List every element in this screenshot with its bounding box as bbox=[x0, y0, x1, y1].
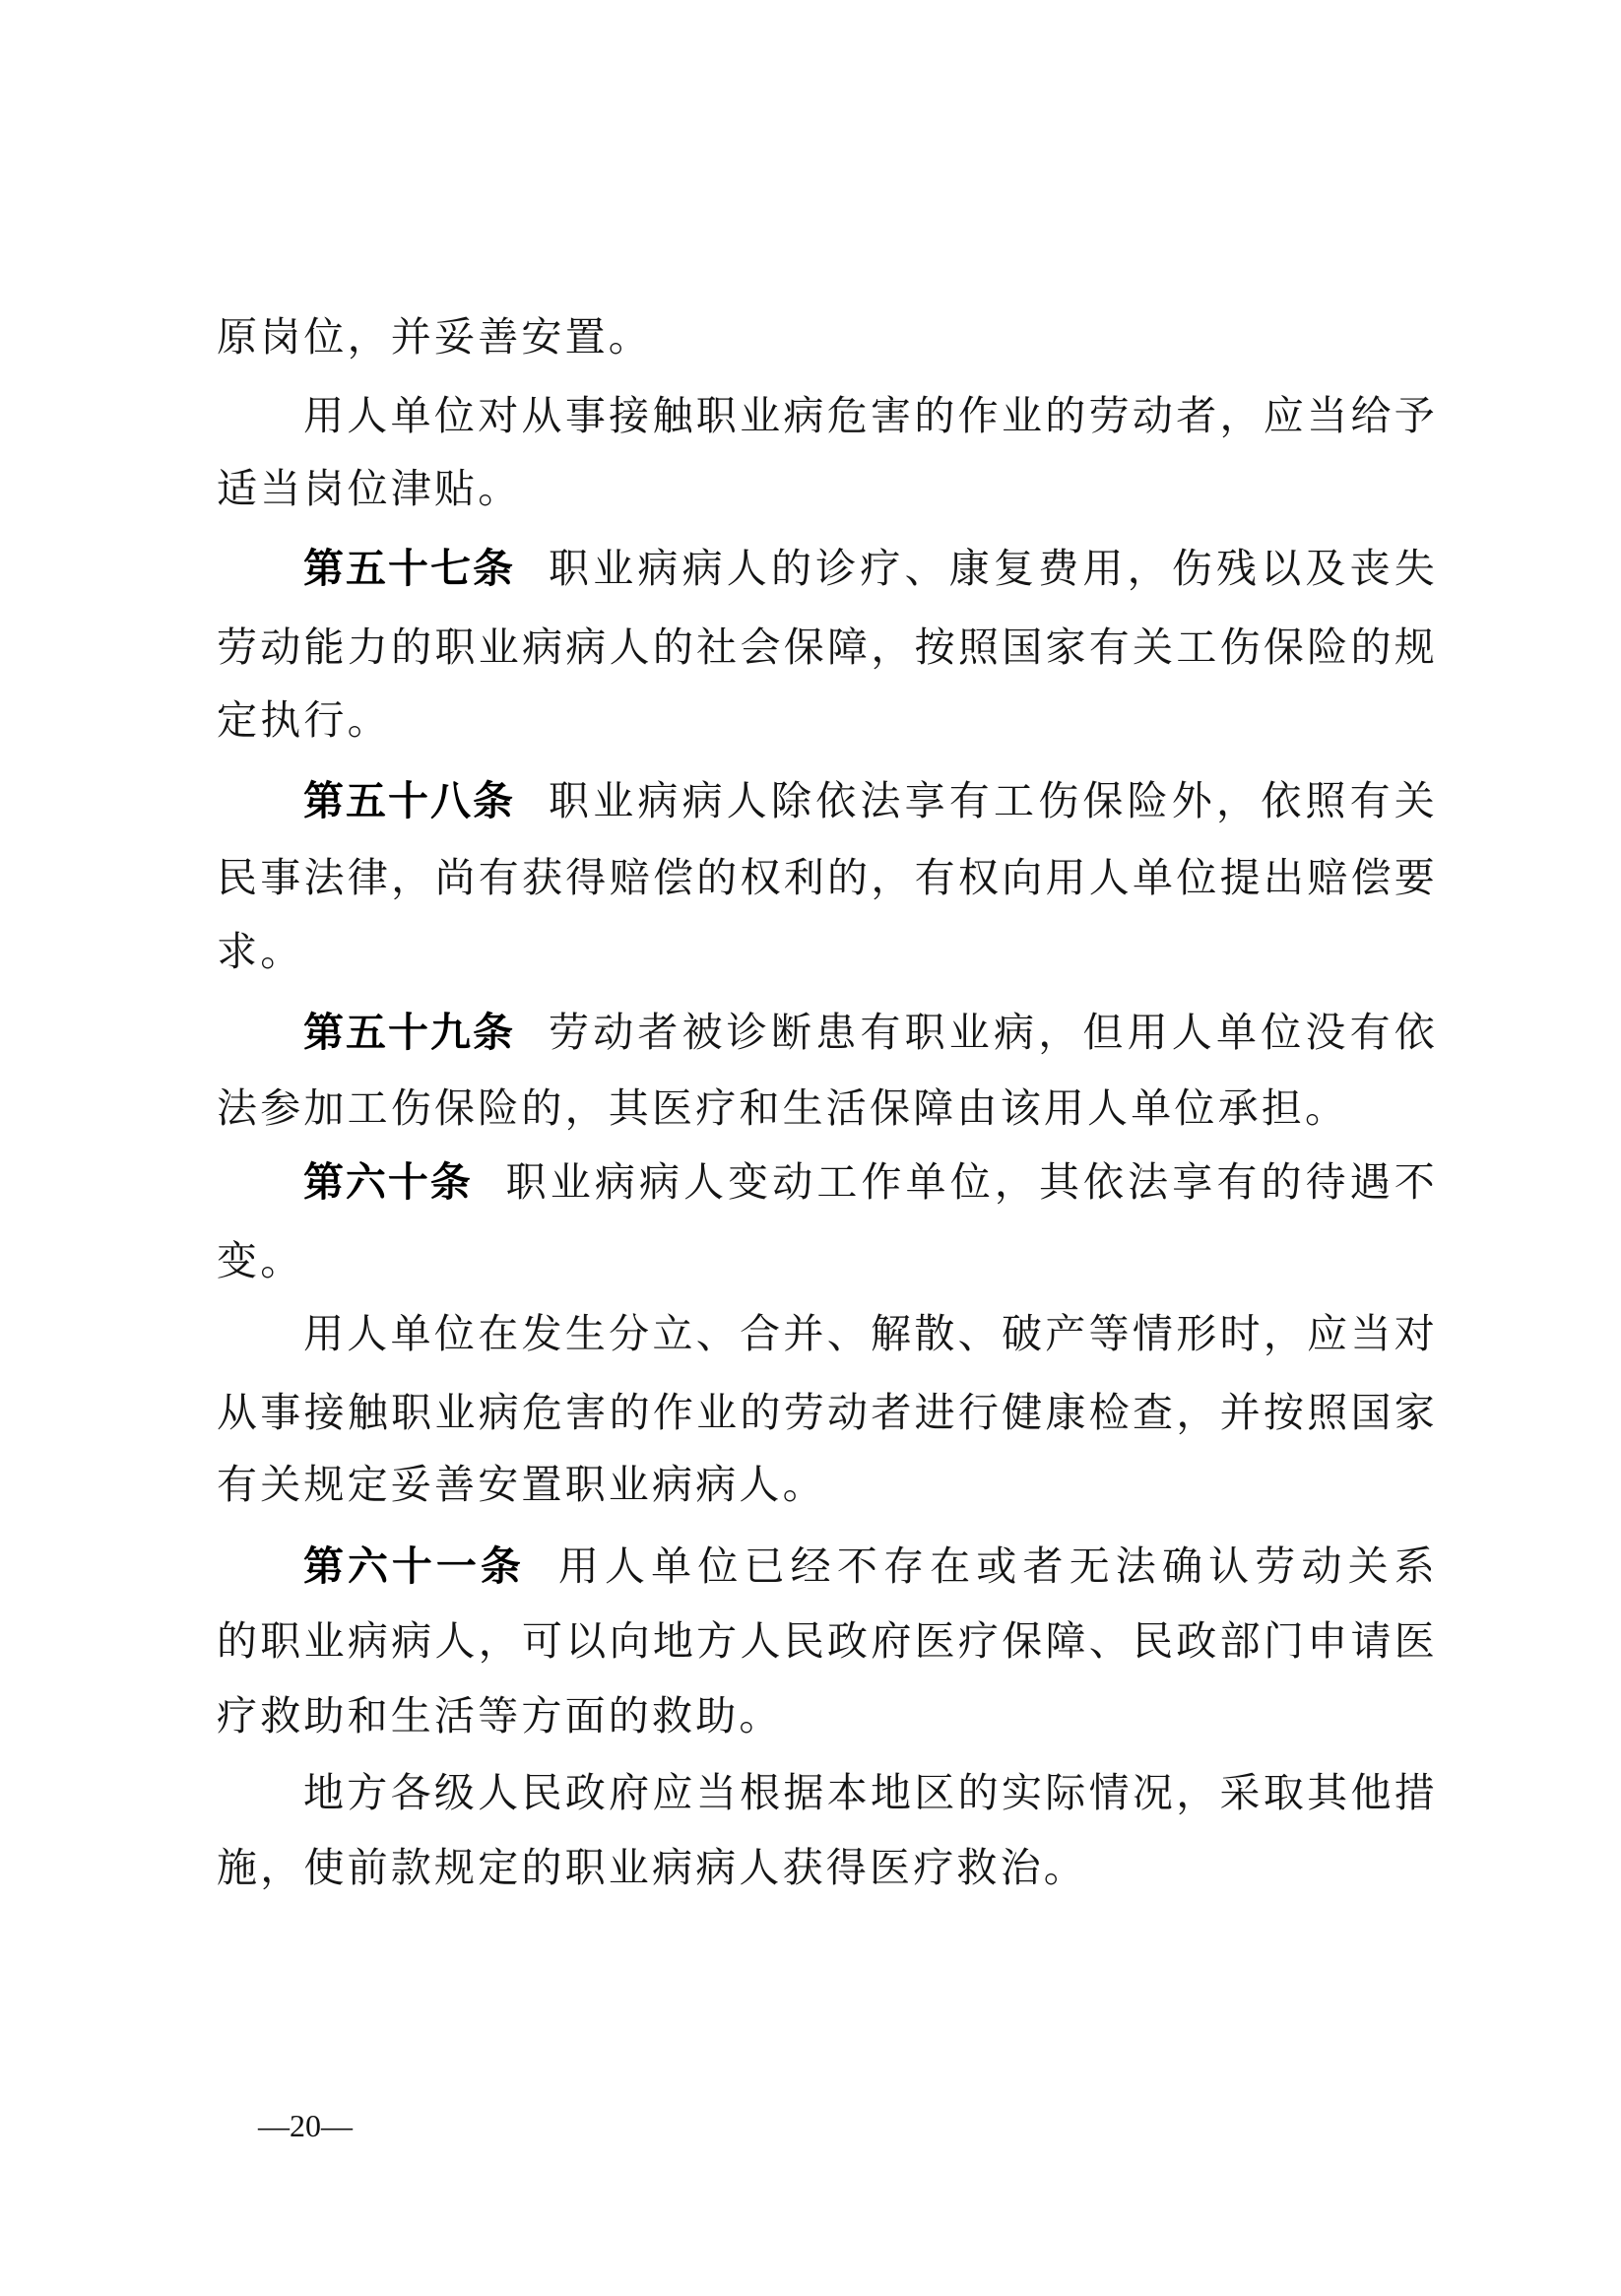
text-line: 用人单位对从事接触职业病危害的作业的劳动者，应当给予 bbox=[303, 386, 1438, 445]
text-line: 民事法律，尚有获得赔偿的权利的，有权向用人单位提出赔偿要 bbox=[217, 848, 1438, 907]
text-line: 适当岗位津贴。 bbox=[217, 459, 1438, 518]
article-heading: 第六十一条 bbox=[303, 1542, 525, 1590]
article-61-line: 第六十一条用人单位已经不存在或者无法确认劳动关系 bbox=[303, 1537, 1438, 1596]
text-line: 有关规定妥善安置职业病病人。 bbox=[217, 1455, 1438, 1514]
article-text: 职业病病人除依法享有工伤保险外，依照有关 bbox=[549, 777, 1438, 824]
article-text: 职业病病人的诊疗、康复费用，伤残以及丧失 bbox=[549, 545, 1438, 592]
article-heading: 第五十八条 bbox=[303, 777, 515, 824]
article-heading: 第五十九条 bbox=[303, 1009, 515, 1056]
page-number: —20— bbox=[258, 2106, 353, 2145]
text-line: 求。 bbox=[217, 922, 1438, 981]
article-text: 劳动者被诊断患有职业病，但用人单位没有依 bbox=[549, 1009, 1438, 1056]
text-line: 法参加工伤保险的，其医疗和生活保障由该用人单位承担。 bbox=[217, 1079, 1438, 1138]
article-57-line: 第五十七条职业病病人的诊疗、康复费用，伤残以及丧失 bbox=[303, 539, 1438, 598]
text-line: 地方各级人民政府应当根据本地区的实际情况，采取其他措 bbox=[303, 1763, 1438, 1822]
text-line: 从事接触职业病危害的作业的劳动者进行健康检查，并按照国家 bbox=[217, 1383, 1438, 1442]
article-heading: 第六十条 bbox=[303, 1158, 473, 1206]
article-heading: 第五十七条 bbox=[303, 545, 515, 592]
text-line: 变。 bbox=[217, 1231, 1438, 1290]
text-line: 疗救助和生活等方面的救助。 bbox=[217, 1686, 1438, 1745]
text-line: 原岗位，并妥善安置。 bbox=[217, 307, 1438, 366]
article-59-line: 第五十九条劳动者被诊断患有职业病，但用人单位没有依 bbox=[303, 1003, 1438, 1062]
text-line: 的职业病病人，可以向地方人民政府医疗保障、民政部门申请医 bbox=[217, 1611, 1438, 1671]
text-line: 施，使前款规定的职业病病人获得医疗救治。 bbox=[217, 1838, 1438, 1897]
article-text: 职业病病人变动工作单位，其依法享有的待遇不 bbox=[506, 1158, 1438, 1206]
article-60-line: 第六十条职业病病人变动工作单位，其依法享有的待遇不 bbox=[303, 1152, 1438, 1212]
text-line: 定执行。 bbox=[217, 690, 1438, 750]
text-line: 劳动能力的职业病病人的社会保障，按照国家有关工伤保险的规 bbox=[217, 618, 1438, 677]
document-page: 原岗位，并妥善安置。 用人单位对从事接触职业病危害的作业的劳动者，应当给予 适当… bbox=[0, 0, 1621, 2296]
text-line: 用人单位在发生分立、合并、解散、破产等情形时，应当对 bbox=[303, 1304, 1438, 1363]
article-58-line: 第五十八条职业病病人除依法享有工伤保险外，依照有关 bbox=[303, 771, 1438, 830]
article-text: 用人单位已经不存在或者无法确认劳动关系 bbox=[558, 1542, 1438, 1590]
